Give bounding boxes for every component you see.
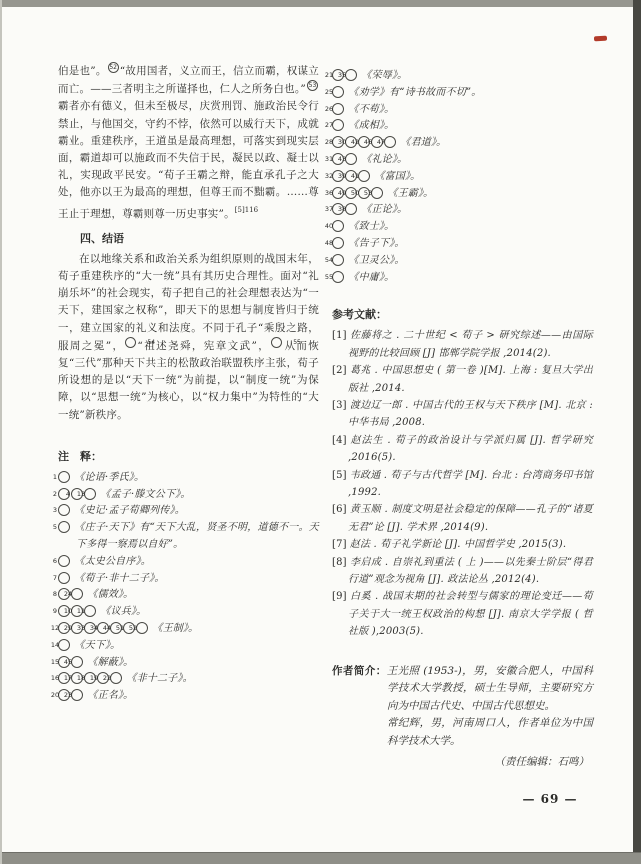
note-item: 40 《致士》。 (332, 219, 593, 236)
note-text: 《礼论》。 (358, 154, 407, 165)
reference-item: [5]韦政通 . 荀子与古代哲学 [M]. 台北 : 台湾商务印书馆 ,1992… (332, 467, 593, 502)
circled-number: 52 (136, 622, 148, 634)
conclusion-paragraph: 在以地缘关系和政治关系为组织原则的战国末年，荀子重建秩序的“大一统”具有其历史合… (58, 251, 319, 424)
note-superscript: 55 (271, 337, 282, 348)
circled-number: 26 (332, 103, 344, 115)
circled-number: 3 (58, 504, 70, 516)
reference-text: 渡边辽一郎 . 中国古代的王权与天下秩序 [M]. 北京 : 中华书局 ,200… (348, 400, 593, 428)
reference-item: [8]李启成 . 自崇礼到重法 ( 上 )——以先秦士阶层“得君行道”观念为视角… (332, 554, 593, 589)
reference-label: [2] (332, 365, 347, 376)
notes-list-right: 2135 《荣辱》。25 《劝学》有“诗书故而不切”。26 《不苟》。27 《成… (332, 68, 593, 286)
right-column: 2135 《荣辱》。25 《劝学》有“诗书故而不切”。26 《不苟》。27 《成… (332, 68, 593, 772)
reference-text: 葛兆 . 中国思想史 ( 第一卷 )[M]. 上海 : 复旦大学出版社 ,201… (348, 365, 593, 393)
note-item: 7 《荀子·非十二子》。 (58, 571, 319, 588)
circled-number: 53 (371, 187, 383, 199)
note-text: 《史记·孟子荀卿列传》。 (71, 505, 185, 516)
note-text: 《中庸》。 (345, 272, 394, 283)
note-item: 12293334445152 《王制》。 (58, 621, 319, 638)
reference-text: 李启成 . 自崇礼到重法 ( 上 )——以先秦士阶层“得君行道”观念为视角 [J… (348, 557, 593, 585)
reference-label: [1] (332, 330, 347, 341)
note-text: 《论语·季氏》。 (71, 472, 144, 483)
notes-header: 注 释： (58, 448, 319, 464)
reference-text: 佐藤将之 . 二十世纪 < 荀子 > 研究综述——由国际视野的比较回顾 [J] … (348, 330, 593, 358)
circled-number: 11 (84, 605, 96, 617)
note-text: 《儒效》。 (84, 589, 133, 600)
references-list: [1]佐藤将之 . 二十世纪 < 荀子 > 研究综述——由国际视野的比较回顾 [… (332, 327, 593, 640)
reference-label: [4] (332, 435, 347, 446)
reference-text: 赵法 . 荀子礼学新论 [J]. 中国哲学史 ,2015(3). (350, 539, 566, 550)
note-item: 5 《庄子·天下》有“天下大乱，贤圣不明，道德不一。天下多得一察焉以自好”。 (58, 520, 319, 554)
reference-text: 黄玉顺 . 制度文明是社会稳定的保障——孔子的“诸夏无君”论 [J]. 学术界 … (348, 504, 593, 532)
circled-number: 6 (58, 555, 70, 567)
reference-label: [7] (332, 539, 347, 550)
reference-item: [2]葛兆 . 中国思想史 ( 第一卷 )[M]. 上海 : 复旦大学出版社 ,… (332, 362, 593, 397)
note-item: 91011 《议兵》。 (58, 604, 319, 621)
note-text: 《太史公自序》。 (71, 556, 151, 567)
circled-number: 55 (332, 271, 344, 283)
reference-label: [8] (332, 557, 347, 568)
circled-number: 5 (58, 521, 70, 533)
circled-number: 45 (71, 656, 83, 668)
note-item: 36495053 《王霸》。 (332, 186, 593, 203)
red-pen-mark (594, 36, 607, 42)
circled-number: 23 (71, 689, 83, 701)
note-text: 《荣辱》。 (358, 70, 407, 81)
note-superscript: 54 (125, 337, 136, 348)
note-item: 6 《太史公自序》。 (58, 554, 319, 571)
reference-item: [7]赵法 . 荀子礼学新论 [J]. 中国哲学史 ,2015(3). (332, 536, 593, 553)
note-text: 《君道》。 (397, 137, 446, 148)
text-run: 霸者亦有德义，但未至极尽，庆赏刑罚、施政治民令行禁止，与他国交，守约不悖，依然可… (58, 100, 319, 219)
text-run: 在以地缘关系和政治关系为组织原则的战国末年，荀子重建秩序的“大一统”具有其历史合… (58, 253, 319, 352)
note-item: 54 《卫灵公》。 (332, 253, 593, 270)
scan-edge-bottom (0, 852, 641, 864)
circled-number: 7 (58, 572, 70, 584)
note-item: 3143 《礼论》。 (332, 152, 593, 169)
editor-credit: （责任编辑：石鸣） (387, 754, 593, 772)
note-item: 48 《告子下》。 (332, 236, 593, 253)
note-item: 25 《劝学》有“诗书故而不切”。 (332, 85, 593, 102)
note-superscript: 52 (108, 62, 119, 73)
note-text: 《劝学》有“诗书故而不切”。 (345, 87, 481, 98)
note-text: 《告子下》。 (345, 238, 405, 249)
reference-item: [6]黄玉顺 . 制度文明是社会稳定的保障——孔子的“诸夏无君”论 [J]. 学… (332, 501, 593, 536)
note-text: 《解蔽》。 (84, 657, 133, 668)
note-item: 1617181922 《非十二子》。 (58, 671, 319, 688)
author-bio-line1: 作者简介：王光照 (1953-)，男，安徽合肥人，中国科学技术大学教授，硕士生导… (387, 663, 593, 716)
circled-number: 14 (58, 639, 70, 651)
reference-label: [5] (332, 470, 347, 481)
reference-text: 白奚 . 战国末期的社会转型与儒家的理论变迁——荀子关于大一统王权政治的构想 [… (348, 591, 593, 637)
circled-number: 48 (332, 237, 344, 249)
citation-superscript: [5]116 (235, 206, 258, 214)
circled-number: 41 (358, 170, 370, 182)
circled-number: 54 (332, 254, 344, 266)
note-text: 《庄子·天下》有“天下大乱，贤圣不明，道德不一。天下多得一察焉以自好”。 (71, 522, 319, 550)
scan-edge-right (633, 0, 641, 864)
note-text: 《非十二子》。 (123, 673, 193, 684)
reference-label: [3] (332, 400, 347, 411)
note-text: 《王霸》。 (384, 188, 433, 199)
note-superscript: 53 (307, 80, 318, 91)
author-bio-label: 作者简介： (332, 665, 387, 677)
references-header: 参考文献： (332, 306, 593, 322)
scan-edge-top (0, 0, 641, 7)
author-bio: 作者简介：王光照 (1953-)，男，安徽合肥人，中国科学技术大学教授，硕士生导… (332, 663, 593, 772)
note-item: 2135 《荣辱》。 (332, 68, 593, 85)
reference-item: [3]渡边辽一郎 . 中国古代的王权与天下秩序 [M]. 北京 : 中华书局 ,… (332, 397, 593, 432)
reference-label: [9] (332, 591, 347, 602)
reference-text: 韦政通 . 荀子与古代哲学 [M]. 台北 : 台湾商务印书馆 ,1992. (348, 470, 593, 498)
reference-item: [4]赵法生 . 荀子的政治设计与学派归属 [J]. 哲学研究 ,2016(5)… (332, 432, 593, 467)
note-text: 《议兵》。 (97, 606, 146, 617)
circled-number: 35 (345, 69, 357, 81)
note-text: 《孟子·滕文公下》。 (97, 489, 191, 500)
section-heading: 四、结语 (58, 230, 319, 246)
reference-text: 赵法生 . 荀子的政治设计与学派归属 [J]. 哲学研究 ,2016(5). (348, 435, 593, 463)
note-text: 《致士》。 (345, 221, 394, 232)
page-number: — 69 — (500, 792, 600, 806)
note-text: 《正论》。 (358, 204, 407, 215)
reference-item: [9]白奚 . 战国末期的社会转型与儒家的理论变迁——荀子关于大一统王权政治的构… (332, 588, 593, 640)
note-item: 3738 《正论》。 (332, 202, 593, 219)
circled-number: 27 (332, 119, 344, 131)
note-text: 《荀子·非十二子》。 (71, 573, 165, 584)
note-item: 55 《中庸》。 (332, 270, 593, 287)
circled-number: 38 (345, 203, 357, 215)
note-text: 《不苟》。 (345, 104, 394, 115)
body-paragraph-continuation: 伯是也”。52“故用国者，义立而王，信立而霸，权谋立而亡。——三者明主之所谨择也… (58, 62, 319, 223)
left-column: 伯是也”。52“故用国者，义立而王，信立而霸，权谋立而亡。——三者明主之所谨择也… (58, 62, 319, 705)
text-run: “祖述尧舜，宪章文武”， (137, 340, 270, 352)
author-bio-text1: 王光照 (1953-)，男，安徽合肥人，中国科学技术大学教授，硕士生导师，主要研… (387, 665, 593, 712)
note-text: 《成相》。 (345, 120, 394, 131)
note-item: 2413 《孟子·滕文公下》。 (58, 487, 319, 504)
circled-number: 47 (384, 136, 396, 148)
circled-number: 25 (332, 86, 344, 98)
circled-number: 22 (110, 672, 122, 684)
note-text: 《富国》。 (371, 171, 420, 182)
note-item: 26 《不苟》。 (332, 102, 593, 119)
reference-item: [1]佐藤将之 . 二十世纪 < 荀子 > 研究综述——由国际视野的比较回顾 [… (332, 327, 593, 362)
author-bio-text2: 常纪辉，男，河南周口人，作者单位为中国科学技术大学。 (387, 715, 593, 750)
note-item: 27 《成相》。 (332, 118, 593, 135)
circled-number: 24 (71, 588, 83, 600)
circled-number: 43 (345, 153, 357, 165)
note-text: 《天下》。 (71, 640, 120, 651)
note-item: 824 《儒效》。 (58, 587, 319, 604)
note-item: 1545 《解蔽》。 (58, 655, 319, 672)
note-item: 2023 《正名》。 (58, 688, 319, 705)
note-item: 1 《论语·季氏》。 (58, 470, 319, 487)
circled-number: 1 (58, 471, 70, 483)
scan-edge-left (0, 0, 2, 864)
note-item: 323941 《富国》。 (332, 169, 593, 186)
note-text: 《王制》。 (149, 623, 198, 634)
scanned-page: 伯是也”。52“故用国者，义立而王，信立而霸，权谋立而亡。——三者明主之所谨择也… (0, 0, 641, 864)
note-text: 《正名》。 (84, 690, 133, 701)
note-text: 《卫灵公》。 (345, 255, 405, 266)
notes-list-left: 1 《论语·季氏》。2413 《孟子·滕文公下》。3 《史记·孟子荀卿列传》。5… (58, 470, 319, 705)
reference-label: [6] (332, 504, 347, 515)
note-item: 14 《天下》。 (58, 638, 319, 655)
circled-number: 13 (84, 488, 96, 500)
circled-number: 40 (332, 220, 344, 232)
note-item: 2830424647 《君道》。 (332, 135, 593, 152)
text-run: 伯是也”。 (58, 65, 107, 77)
note-item: 3 《史记·孟子荀卿列传》。 (58, 503, 319, 520)
